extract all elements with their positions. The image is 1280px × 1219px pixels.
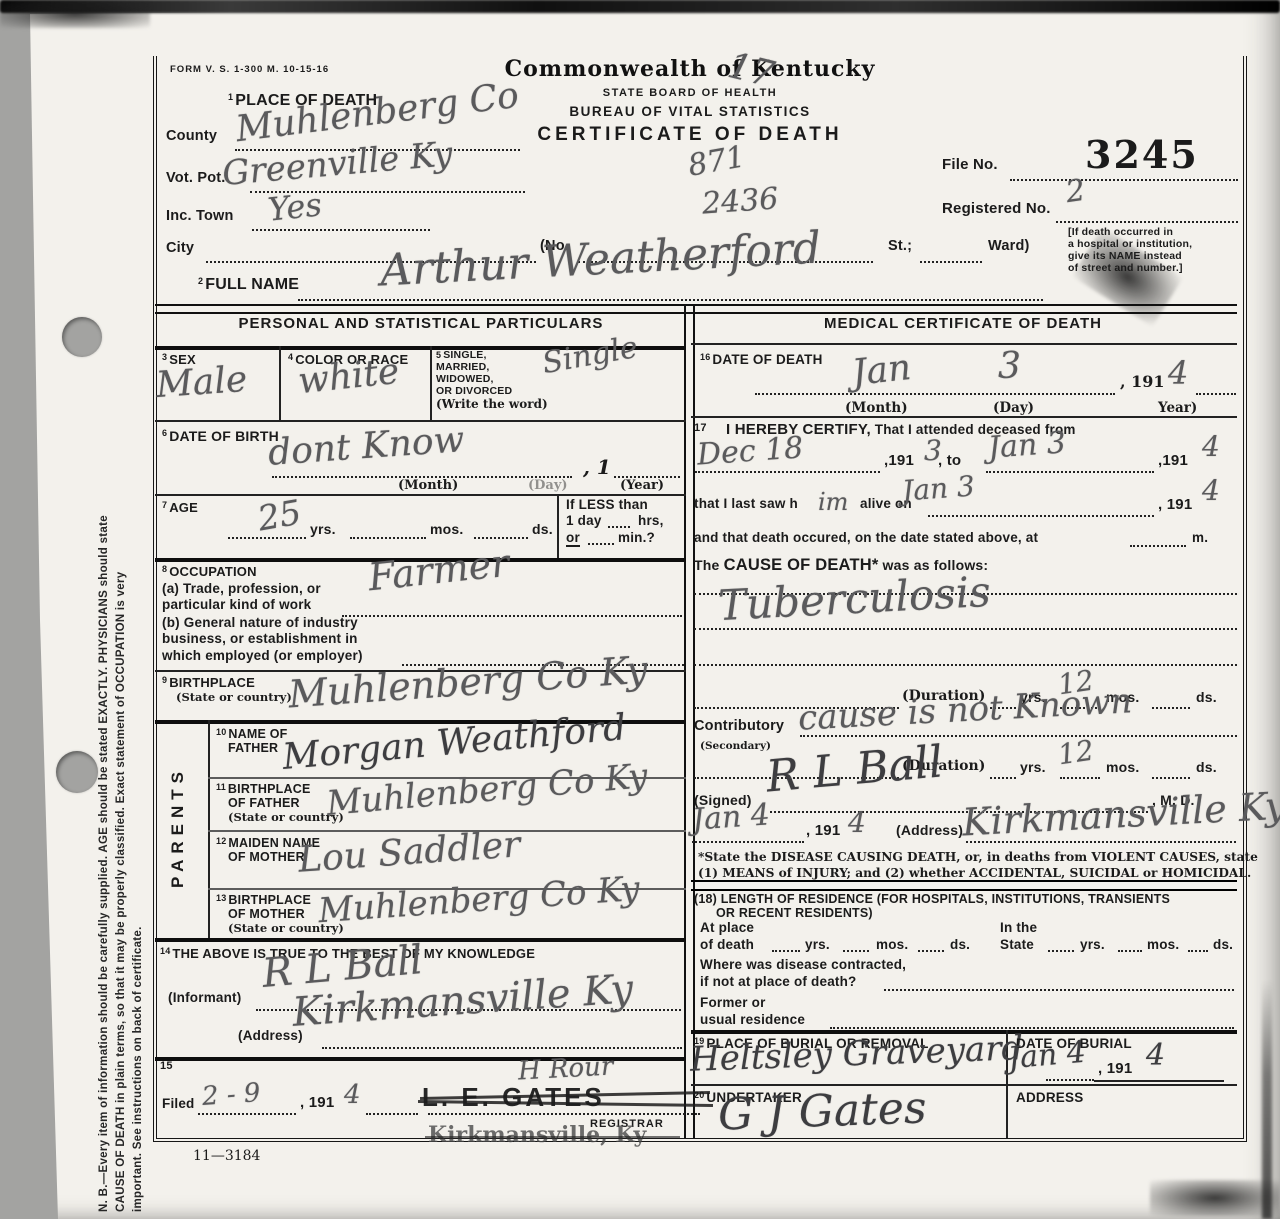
in-state-yrs: yrs. xyxy=(1080,937,1105,952)
less-than-dots2 xyxy=(588,541,614,545)
sign-date-value: Jan 4 xyxy=(691,797,771,837)
cause-line-3 xyxy=(694,661,1237,666)
at-place-yrs: yrs. xyxy=(805,937,830,952)
attended-to-year-printed: ,191 xyxy=(1158,452,1188,469)
at-place-dots-1 xyxy=(772,948,800,952)
age-line-3 xyxy=(474,534,528,539)
occupation-a-line xyxy=(342,612,682,617)
less-than-line1: If LESS than xyxy=(566,497,648,512)
marital-line5: (Write the word) xyxy=(436,397,548,411)
dob-label: 6DATE OF BIRTH xyxy=(162,428,279,444)
date-of-death-label: 16DATE OF DEATH xyxy=(700,352,823,367)
race-marital-divider xyxy=(430,346,432,420)
margin-note: N. B.—Every item of information should b… xyxy=(96,62,147,1212)
contributory-sub: (Secondary) xyxy=(700,740,771,752)
occupation-number: 8 xyxy=(162,564,167,574)
voting-precinct-label: Vot. Pot. xyxy=(166,170,226,186)
street-label: St.; xyxy=(888,238,912,254)
age-ds-label: ds. xyxy=(532,521,553,537)
father-bp-label: 11BIRTHPLACE xyxy=(216,782,310,796)
date-of-death-month: Jan xyxy=(850,347,913,394)
burial-date-underline xyxy=(1094,1080,1224,1082)
letterhead-bureau: BUREAU OF VITAL STATISTICS xyxy=(470,104,910,119)
age-text: AGE xyxy=(169,500,198,515)
father-bp-text2: OF FATHER xyxy=(228,796,300,810)
sex-race-divider xyxy=(279,346,281,420)
attended-from-value: Dec 18 xyxy=(696,430,805,472)
duration2-value: 12 xyxy=(1056,734,1096,772)
age-line-2 xyxy=(350,534,426,539)
scan-corner-shadow xyxy=(0,0,150,28)
registered-no-line xyxy=(1056,218,1238,223)
mother-name-text2: OF MOTHER xyxy=(228,850,305,864)
footnote-line1: *State the DISEASE CAUSING DEATH, or, in… xyxy=(698,850,1258,864)
occupation-a1: (a) Trade, profession, or xyxy=(162,581,321,596)
age-line-1 xyxy=(228,534,306,539)
attended-line-2 xyxy=(986,468,1154,473)
mother-bp-text2: OF MOTHER xyxy=(228,907,305,921)
sex-value: Male xyxy=(155,359,249,406)
undertaker-address-label: ADDRESS xyxy=(1016,1090,1083,1105)
county-label: County xyxy=(166,128,217,144)
less-than-line2b: hrs, xyxy=(638,513,664,528)
former-label-2: usual residence xyxy=(700,1012,805,1027)
sign-date-year-hand: 4 xyxy=(848,806,866,839)
birthplace-sub: (State or country) xyxy=(176,690,292,704)
marital-line2: MARRIED, xyxy=(436,361,548,373)
date-of-death-year-printed: , 191 xyxy=(1120,372,1165,391)
hole-punch-bottom xyxy=(56,751,98,793)
attended-line-1 xyxy=(695,468,880,473)
duration2-yrs: yrs. xyxy=(1020,759,1046,775)
header-divider xyxy=(155,304,1237,314)
ward-label: Ward) xyxy=(988,238,1030,254)
last-saw-year-hand: 4 xyxy=(1202,474,1220,507)
burial-date-year-printed: , 191 xyxy=(1098,1060,1132,1077)
father-bp-number: 11 xyxy=(216,782,226,792)
last-saw-line xyxy=(928,512,1154,517)
less-than-or: or xyxy=(566,530,580,547)
dob-number: 6 xyxy=(162,428,167,438)
attended-to-label: , to xyxy=(938,452,961,469)
right-row-line-1 xyxy=(691,416,1237,418)
right-title-rule xyxy=(691,343,1237,345)
file-no-label: File No. xyxy=(942,156,998,173)
letterhead-board: STATE BOARD OF HEALTH xyxy=(470,87,910,99)
date-of-death-year-hand: 4 xyxy=(1168,354,1188,392)
father-bp-text1: BIRTHPLACE xyxy=(228,782,311,796)
mother-bp-text1: BIRTHPLACE xyxy=(228,893,311,907)
in-state-label-2: State xyxy=(1000,937,1034,952)
occupation-b3: which employed (or employer) xyxy=(162,648,363,663)
letterhead-commonwealth: Commonwealth of Kentucky xyxy=(470,56,910,82)
cause-bold: CAUSE OF DEATH* xyxy=(724,556,879,574)
full-name-text: FULL NAME xyxy=(205,276,299,293)
father-name-label: 10NAME OF xyxy=(216,727,287,741)
former-line xyxy=(830,1024,1234,1029)
contracted-line xyxy=(884,986,1234,991)
margin-note-line3: important. See instructions on back of c… xyxy=(130,62,147,1212)
informant-address-line xyxy=(322,1044,682,1049)
margin-note-line2: CAUSE OF DEATH in plain terms, so that i… xyxy=(113,62,130,1212)
hospital-note-line1: [If death occurred in xyxy=(1068,226,1243,238)
file-no-value: 3245 xyxy=(1085,132,1199,177)
city-label: City xyxy=(166,240,194,256)
birthplace-number: 9 xyxy=(162,675,167,685)
letterhead-title: CERTIFICATE OF DEATH xyxy=(470,124,910,146)
filed-year-printed: , 191 xyxy=(300,1094,334,1111)
marital-text1: SINGLE, xyxy=(443,349,486,361)
occupation-text: OCCUPATION xyxy=(169,564,256,579)
residence-label-1: (18) LENGTH OF RESIDENCE (FOR HOSPITALS,… xyxy=(694,892,1170,906)
father-name-text2: FATHER xyxy=(228,741,278,755)
birthplace-text: BIRTHPLACE xyxy=(169,675,255,690)
date-of-death-number: 16 xyxy=(700,352,710,362)
hole-punch-top xyxy=(62,317,102,357)
signed-address-label: (Address) xyxy=(896,822,963,838)
occupation-b2: business, or establishment in xyxy=(162,631,358,646)
less-than-line2a: 1 day xyxy=(566,513,602,528)
form-number: FORM V. S. 1-300 M. 10-15-16 xyxy=(170,64,329,75)
date-of-death-line-2 xyxy=(1196,390,1236,395)
death-occured-label: and that death occured, on the date stat… xyxy=(694,530,1038,545)
full-name-number: 2 xyxy=(198,276,203,286)
mother-name-number: 12 xyxy=(216,836,226,846)
contributory-line xyxy=(800,732,1237,737)
in-state-label-1: In the xyxy=(1000,920,1037,935)
filed-year-hand: 4 xyxy=(344,1080,361,1110)
marital-line3: WIDOWED, xyxy=(436,373,548,385)
margin-note-line1: N. B.—Every item of information should b… xyxy=(96,62,113,1212)
age-value: 25 xyxy=(255,493,305,540)
duration2-mos: mos. xyxy=(1106,759,1139,775)
undertaker-value: G J Gates xyxy=(717,1082,927,1140)
cause-line-2 xyxy=(694,625,1237,630)
burial-date-value: Jan 4 xyxy=(1007,1035,1088,1077)
duration2-ds: ds. xyxy=(1196,759,1217,775)
age-mos-label: mos. xyxy=(430,521,463,537)
last-saw-hand-im: im xyxy=(818,488,848,516)
death-certificate-scan: N. B.—Every item of information should b… xyxy=(0,0,1280,1219)
burial-row-line xyxy=(691,1084,1237,1086)
duration2-line-3 xyxy=(1152,774,1190,779)
in-state-dots-2 xyxy=(1118,948,1142,952)
section15-number: 15 xyxy=(160,1060,173,1072)
marital-label: 5SINGLE, MARRIED, WIDOWED, OR DIVORCED (… xyxy=(436,349,548,411)
birthplace-label: 9BIRTHPLACE xyxy=(162,675,255,690)
dob-caption-day: (Day) xyxy=(528,478,568,493)
row-line-2 xyxy=(155,494,686,496)
full-name-line xyxy=(298,296,1043,301)
father-name-number: 10 xyxy=(216,727,226,737)
filed-line-1 xyxy=(198,1110,296,1115)
in-state-dots-3 xyxy=(1188,948,1208,952)
full-name-label: 2FULL NAME xyxy=(198,276,299,294)
filed-label: Filed xyxy=(162,1096,195,1111)
right-thick-divider-1 xyxy=(691,880,1237,891)
mother-bp-number: 13 xyxy=(216,893,226,903)
duration1-ds: ds. xyxy=(1196,689,1217,705)
registered-no-label: Registered No. xyxy=(942,200,1051,217)
dob-caption-month: (Month) xyxy=(398,478,458,493)
section1-number: 1 xyxy=(228,92,233,102)
in-state-ds: ds. xyxy=(1213,937,1233,952)
contracted-label-2: if not at place of death? xyxy=(700,974,857,989)
former-label-1: Former or xyxy=(700,995,766,1010)
at-place-mos: mos. xyxy=(876,937,908,952)
at-place-label-1: At place xyxy=(700,920,754,935)
at-place-ds: ds. xyxy=(950,937,970,952)
last-saw-label-1: that I last saw h xyxy=(694,496,798,511)
form-code: 11—3184 xyxy=(193,1148,260,1164)
dob-caption-year: (Year) xyxy=(620,478,664,493)
contributory-label: Contributory xyxy=(694,718,784,734)
marital-line1: 5SINGLE, xyxy=(436,349,548,361)
contracted-label-1: Where was disease contracted, xyxy=(700,957,906,972)
mother-bp-label: 13BIRTHPLACE xyxy=(216,893,311,907)
town-stamp: Kirkmansville, Ky xyxy=(428,1122,646,1148)
occupation-a2: particular kind of work xyxy=(162,597,311,612)
less-than-min: min.? xyxy=(618,530,655,545)
death-occured-m: m. xyxy=(1192,530,1208,545)
signed-address-line xyxy=(966,838,1236,843)
informant-label: (Informant) xyxy=(168,990,241,1005)
cause-pre: The xyxy=(694,557,724,573)
date-of-death-day: 3 xyxy=(998,346,1021,387)
filed-line-3 xyxy=(428,1110,700,1115)
section14-number: 14 xyxy=(160,946,170,956)
race-number: 4 xyxy=(288,352,293,362)
inc-town-label: Inc. Town xyxy=(166,208,234,224)
dob-suffix: , 1 xyxy=(583,455,611,479)
age-yrs-label: yrs. xyxy=(310,521,336,537)
duration2-line-2 xyxy=(1060,774,1100,779)
town-stamp-strike xyxy=(425,1136,680,1139)
burial-date-dots xyxy=(1046,1076,1094,1081)
occupation-label: 8OCCUPATION xyxy=(162,564,257,579)
marital-line4: OR DIVORCED xyxy=(436,385,548,397)
in-state-mos: mos. xyxy=(1147,937,1179,952)
sign-date-line xyxy=(692,838,804,843)
duration2-line-1 xyxy=(990,774,1016,779)
dob-text: DATE OF BIRTH xyxy=(169,428,279,444)
at-place-dots-3 xyxy=(918,948,944,952)
death-occured-dots xyxy=(1130,543,1186,547)
dod-caption-day: (Day) xyxy=(993,400,1034,416)
last-saw-year-printed: , 191 xyxy=(1158,496,1192,513)
burial-date-year-hand: 4 xyxy=(1146,1038,1165,1073)
marital-number: 5 xyxy=(436,350,441,360)
occupation-b1: (b) General nature of industry xyxy=(162,615,358,630)
street-line xyxy=(920,258,982,263)
father-name-text1: NAME OF xyxy=(228,727,287,741)
attended-to-value: Jan 3 xyxy=(987,425,1067,465)
date-of-death-line xyxy=(755,390,1115,395)
at-place-label-2: of death xyxy=(700,937,754,952)
header-number-2: 2436 xyxy=(701,181,780,221)
age-number: 7 xyxy=(162,500,167,510)
section17-number: 17 xyxy=(694,422,707,434)
dod-caption-month: (Month) xyxy=(845,400,908,416)
sex-number: 3 xyxy=(162,352,167,362)
footnote-line2: (1) MEANS of INJURY; and (2) whether ACC… xyxy=(698,866,1251,880)
attended-to-year-hand: 4 xyxy=(1202,430,1220,463)
scan-bottom-smudge xyxy=(1150,1180,1280,1216)
filed-line-2 xyxy=(366,1110,418,1115)
attended-from-year-printed: ,191 xyxy=(884,452,914,469)
inc-town-value: Yes xyxy=(266,185,323,228)
scan-right-streak xyxy=(1262,980,1272,1219)
right-column-title: MEDICAL CERTIFICATE OF DEATH xyxy=(690,315,1236,332)
at-place-dots-2 xyxy=(843,948,869,952)
filed-date-value: 2 - 9 xyxy=(201,1078,261,1112)
less-than-dots1 xyxy=(608,524,630,528)
age-divider xyxy=(557,494,559,558)
sign-date-year-printed: , 191 xyxy=(806,822,840,839)
dod-caption-year: Year) xyxy=(1158,400,1197,416)
letterhead: Commonwealth of Kentucky STATE BOARD OF … xyxy=(470,56,910,146)
date-of-death-text: DATE OF DEATH xyxy=(712,352,822,367)
residence-label-2: OR RECENT RESIDENTS) xyxy=(716,906,873,920)
age-label: 7AGE xyxy=(162,500,198,515)
undertaker-number: 20 xyxy=(694,1090,704,1100)
scan-top-edge xyxy=(0,0,1280,13)
parents-divider xyxy=(208,720,210,938)
last-saw-value: Jan 3 xyxy=(901,470,976,508)
duration1-line-3 xyxy=(1152,704,1190,709)
in-state-dots-1 xyxy=(1048,948,1074,952)
parents-label: PARENTS xyxy=(168,732,188,922)
left-column-title: PERSONAL AND STATISTICAL PARTICULARS xyxy=(157,315,685,332)
